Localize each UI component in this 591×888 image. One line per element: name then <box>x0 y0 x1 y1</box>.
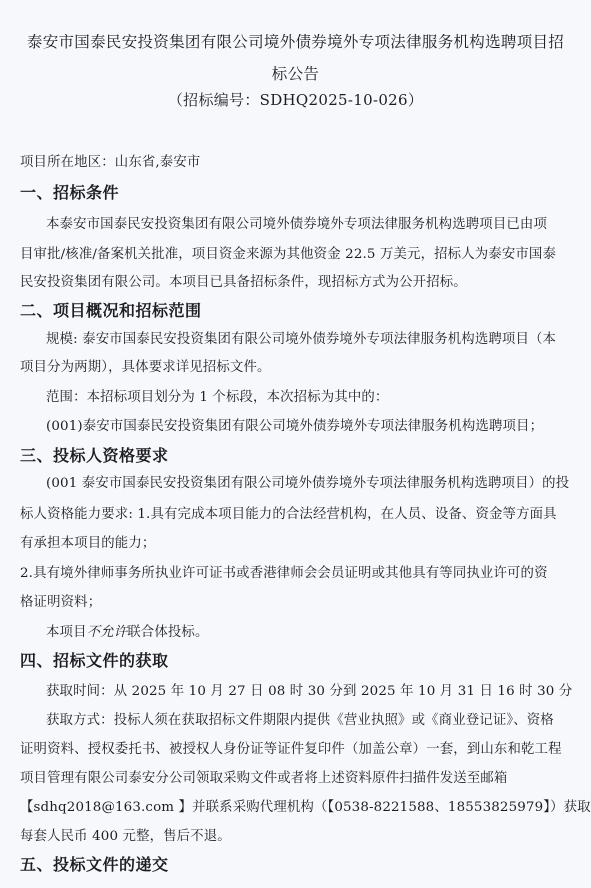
section-paragraph-line: 2.具有境外律师事务所执业许可证书或香港律师会会员证明或其他具有等同执业许可的资 <box>20 562 548 581</box>
bid-number: （招标编号：SDHQ2025-10-026） <box>0 89 591 110</box>
section-paragraph-line: 标人资格能力要求: 1.具有完成本项目能力的合法经营机构，在人员、设备、资金等方… <box>20 503 557 522</box>
section-paragraph-line: 有承担本项目的能力； <box>20 532 155 551</box>
acquisition-time: 获取时间：从 2025 年 10 月 27 日 08 时 30 分到 2025 … <box>46 680 572 699</box>
document-title-line1: 泰安市国泰民安投资集团有限公司境外债券境外专项法律服务机构选聘项目招 <box>0 30 591 52</box>
section-paragraph-line: 本泰安市国泰民安投资集团有限公司境外债券境外专项法律服务机构选聘项目已由项 <box>46 213 547 232</box>
section-paragraph-line: 格证明资料； <box>20 591 101 610</box>
section-paragraph-line: 获取方式：投标人须在获取招标文件期限内提供《营业执照》或《商业登记证》、资格 <box>46 709 554 728</box>
section-heading-project-overview: 二、项目概况和招标范围 <box>20 298 202 321</box>
section-paragraph-line: 目审批/核准/备案机关批准，项目资金来源为其他资金 22.5 万美元，招标人为泰… <box>20 243 556 262</box>
section-heading-bid-submission: 五、投标文件的递交 <box>20 852 169 875</box>
consortium-emphasis: 不允许 <box>87 625 128 640</box>
section-paragraph-line: 民安投资集团有限公司。本项目已具备招标条件，现招标方式为公开招标。 <box>20 271 467 290</box>
section-heading-bidder-qualifications: 三、投标人资格要求 <box>20 443 169 466</box>
section-paragraph-line: 证明资料、授权委托书、被授权人身份证等证件复印件（加盖公章）一套，到山东和乾工程 <box>20 738 562 757</box>
section-paragraph-line: 项目管理有限公司泰安分公司领取采购文件或者将上述资料原件扫描件发送至邮箱 <box>20 767 507 786</box>
tender-announcement-page: 泰安市国泰民安投资集团有限公司境外债券境外专项法律服务机构选聘项目招 标公告 （… <box>0 0 591 888</box>
consortium-statement: 本项目不允许联合体投标。 <box>46 621 209 640</box>
consortium-suffix: 联合体投标。 <box>127 625 208 640</box>
contact-email-phone-line: 【sdhq2018@163.com 】并联系采购代理机构（【0538-82215… <box>20 796 591 815</box>
section-paragraph-line: 项目分为两期），具体要求详见招标文件。 <box>20 356 271 375</box>
section-paragraph-line: 规模: 泰安市国泰民安投资集团有限公司境外债券境外专项法律服务机构选聘项目（本 <box>46 328 556 347</box>
price-line: 每套人民币 400 元整，售后不退。 <box>20 825 231 844</box>
section-paragraph-line: (001)泰安市国泰民安投资集团有限公司境外债券境外专项法律服务机构选聘项目； <box>46 415 543 434</box>
document-title-line2: 标公告 <box>0 62 591 84</box>
section-paragraph-line: 范围：本招标项目划分为 1 个标段，本次招标为其中的： <box>46 386 388 405</box>
section-paragraph-line: (001 泰安市国泰民安投资集团有限公司境外债券境外专项法律服务机构选聘项目）的… <box>46 472 569 491</box>
section-heading-bid-conditions: 一、招标条件 <box>20 180 119 203</box>
consortium-prefix: 本项目 <box>46 625 87 640</box>
project-region: 项目所在地区：山东省,泰安市 <box>20 151 200 170</box>
section-heading-document-acquisition: 四、招标文件的获取 <box>20 648 169 671</box>
